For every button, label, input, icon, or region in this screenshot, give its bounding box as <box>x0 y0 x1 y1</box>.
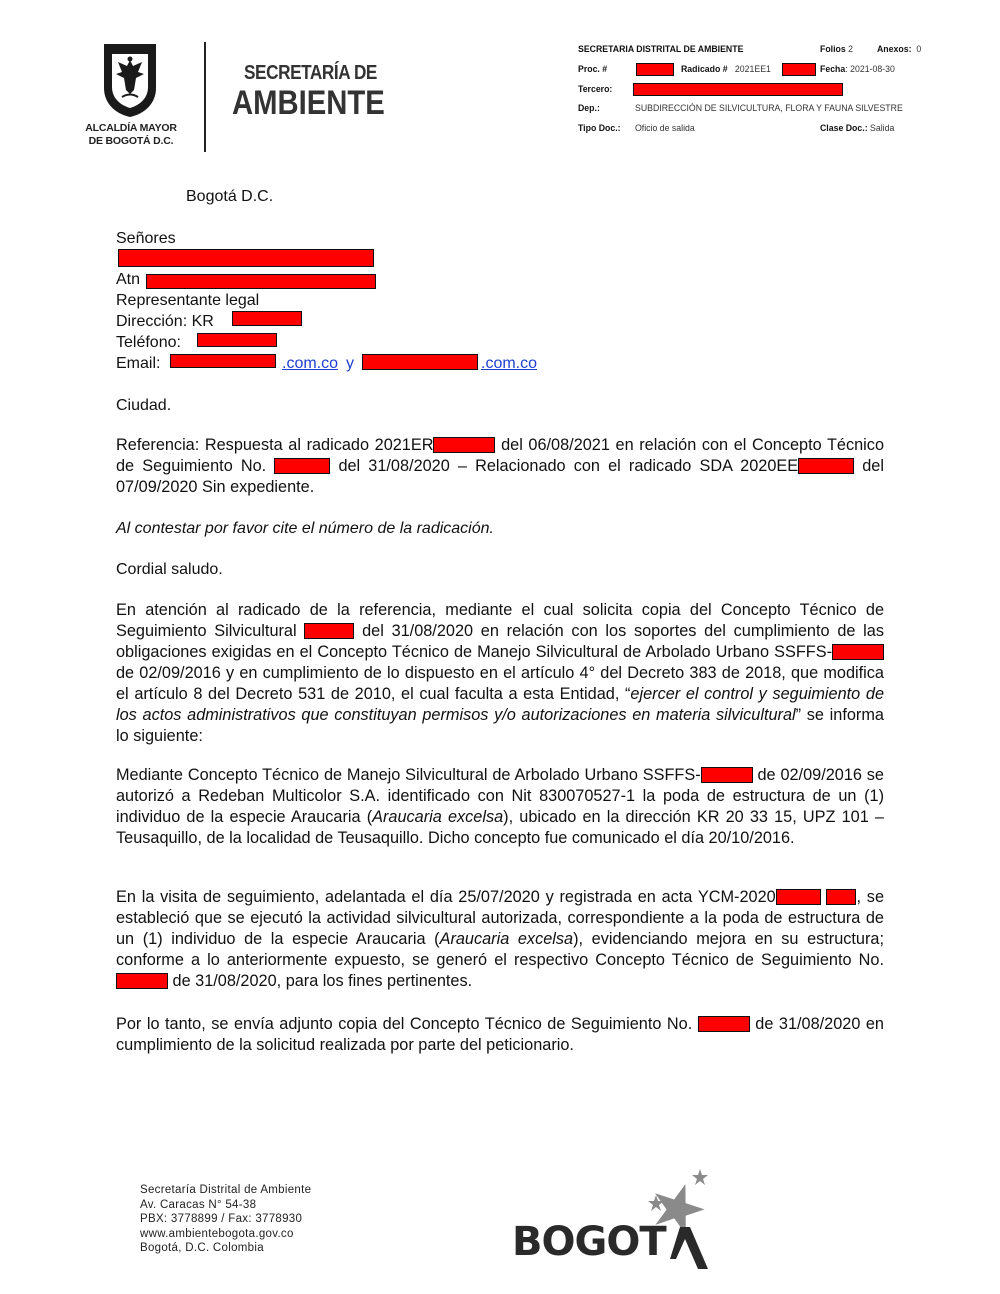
city-line: Bogotá D.C. <box>186 186 273 207</box>
alcaldia-logo-text: ALCALDÍA MAYOR DE BOGOTÁ D.C. <box>82 122 180 148</box>
body-paragraph-1: En atención al radicado de la referencia… <box>116 600 884 747</box>
redacted-proc-number <box>636 63 674 76</box>
header-tipo-doc-value: Oficio de salida <box>635 123 695 134</box>
cite-note: Al contestar por favor cite el número de… <box>116 518 494 539</box>
telefono-label: Teléfono: <box>116 332 181 353</box>
secretaria-title-line1: SECRETARÍA DE <box>244 62 377 85</box>
redacted-radicado-er <box>433 437 495 453</box>
redacted-radicado-ee <box>798 458 854 474</box>
body-paragraph-2: Mediante Concepto Técnico de Manejo Silv… <box>116 765 884 849</box>
header-anexos: Anexos: 0 <box>877 44 921 55</box>
header-folios: Folios 2 <box>820 44 853 55</box>
footer-line: www.ambientebogota.gov.co <box>140 1227 311 1242</box>
redacted-concepto-no-2 <box>116 973 168 989</box>
bogota-logo-text: BOGOT <box>512 1219 666 1265</box>
footer-line: Av. Caracas N° 54-38 <box>140 1198 311 1213</box>
reference-paragraph: Referencia: Respuesta al radicado 2021ER… <box>116 435 884 498</box>
body-paragraph-4: Por lo tanto, se envía adjunto copia del… <box>116 1014 884 1056</box>
header-radicado: Radicado # 2021EE1 <box>681 64 771 75</box>
header-tipo-doc-label: Tipo Doc.: <box>578 123 621 134</box>
atn-label: Atn <box>116 269 140 290</box>
redacted-company-name <box>118 249 374 267</box>
footer-line: Secretaría Distrital de Ambiente <box>140 1183 311 1198</box>
logo-divider <box>204 42 206 152</box>
header-fecha: Fecha: 2021-08-30 <box>820 64 895 75</box>
alcaldia-line1: ALCALDÍA MAYOR <box>82 122 180 135</box>
header-clase-doc: Clase Doc.: Salida <box>820 123 894 134</box>
redacted-tercero <box>633 83 843 96</box>
redacted-ssffs-2 <box>701 767 753 783</box>
footer-contact: Secretaría Distrital de Ambiente Av. Car… <box>140 1183 311 1256</box>
footer-line: Bogotá, D.C. Colombia <box>140 1241 311 1256</box>
header-proc-label: Proc. # <box>578 64 607 75</box>
recipient-role: Representante legal <box>116 290 259 311</box>
bogota-coat-of-arms-icon <box>100 42 160 118</box>
redacted-concepto-silvicultural <box>304 623 354 639</box>
footer-line: PBX: 3778899 / Fax: 3778930 <box>140 1212 311 1227</box>
alcaldia-line2: DE BOGOTÁ D.C. <box>82 135 180 148</box>
email-joiner: y <box>346 353 354 374</box>
secretaria-title-line2: AMBIENTE <box>232 84 385 123</box>
header-tercero-label: Tercero: <box>578 84 612 95</box>
redacted-email-1 <box>170 354 276 368</box>
redacted-atn-name <box>146 274 376 289</box>
redacted-telefono <box>197 333 277 347</box>
header-dep-value: SUBDIRECCIÓN DE SILVICULTURA, FLORA Y FA… <box>635 103 903 114</box>
direccion-label: Dirección: KR <box>116 311 214 332</box>
redacted-direccion <box>232 311 302 326</box>
redacted-ssffs-1 <box>832 644 884 660</box>
redacted-concepto-no <box>274 458 330 474</box>
redacted-email-2 <box>362 354 478 370</box>
redacted-acta-part-1 <box>776 889 821 905</box>
ciudad-line: Ciudad. <box>116 395 171 416</box>
redacted-concepto-no-3 <box>698 1016 750 1032</box>
header-dep-label: Dep.: <box>578 103 600 114</box>
header-entity: SECRETARIA DISTRITAL DE AMBIENTE <box>578 44 743 55</box>
redacted-acta-part-2 <box>826 889 856 905</box>
salutation-to: Señores <box>116 228 176 249</box>
redacted-radicado-number <box>782 63 816 76</box>
bogota-brand-logo: BOGOT <box>510 1165 715 1275</box>
greeting: Cordial saludo. <box>116 559 223 580</box>
body-paragraph-3: En la visita de seguimiento, adelantada … <box>116 887 884 992</box>
email-label: Email: <box>116 353 160 374</box>
